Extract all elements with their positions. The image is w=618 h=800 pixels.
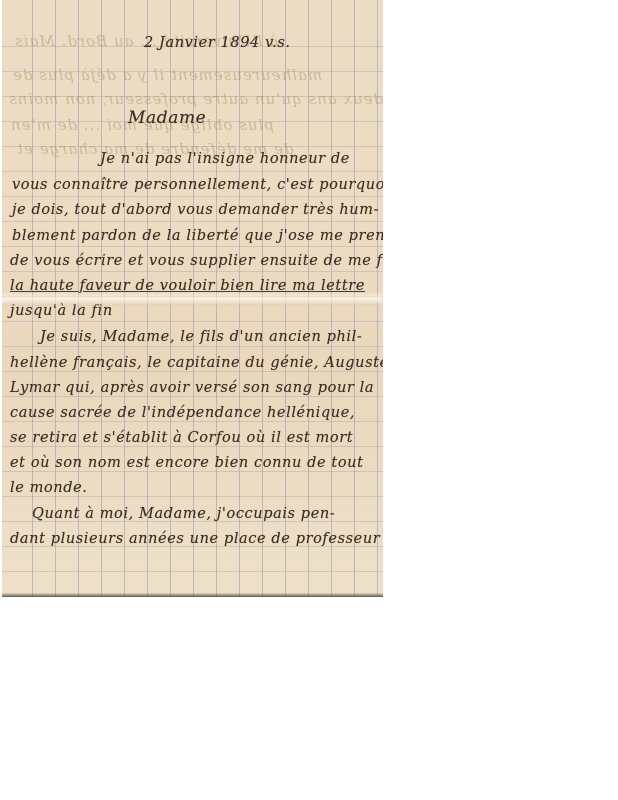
letter-line: je dois, tout d'abord vous demander très…: [12, 202, 379, 218]
letter-line: de vous écrire et vous supplier ensuite …: [10, 253, 383, 269]
salutation: Madame: [128, 108, 206, 128]
bleed-through-line: malheureusement il y a déjà plus de: [12, 66, 322, 84]
letter-line: et où son nom est encore bien connu de t…: [10, 455, 364, 471]
date-line: 2 Janvier 1894 v.s.: [144, 35, 291, 51]
paper-fold: [2, 292, 383, 306]
letter-line: Je suis, Madame, le fils d'un ancien phi…: [40, 329, 362, 345]
letter-line: se retira et s'établit à Corfou où il es…: [10, 430, 353, 446]
letter-line: le monde.: [10, 480, 88, 496]
letter-line: Quant à moi, Madame, j'occupais pen-: [32, 506, 335, 522]
letter-line: vous connaître personnellement, c'est po…: [12, 177, 383, 193]
letter-line: Lymar qui, après avoir versé son sang po…: [10, 380, 374, 396]
letter-line: blement pardon de la liberté que j'ose m…: [12, 228, 383, 244]
letter-line: cause sacrée de l'indépendance helléniqu…: [10, 405, 355, 421]
letter-line: Je n'ai pas l'insigne honneur de: [100, 151, 350, 167]
letter-line: dant plusieurs années une place de profe…: [10, 531, 380, 547]
bleed-through-line: deux ans qu'un autre professeur, non moi…: [8, 90, 383, 108]
letter-line: hellène français, le capitaine du génie,…: [10, 355, 383, 371]
letter-page: à l'Université ... au Bord. Mais malheur…: [2, 0, 383, 597]
paper-edge-shadow: [2, 593, 383, 597]
